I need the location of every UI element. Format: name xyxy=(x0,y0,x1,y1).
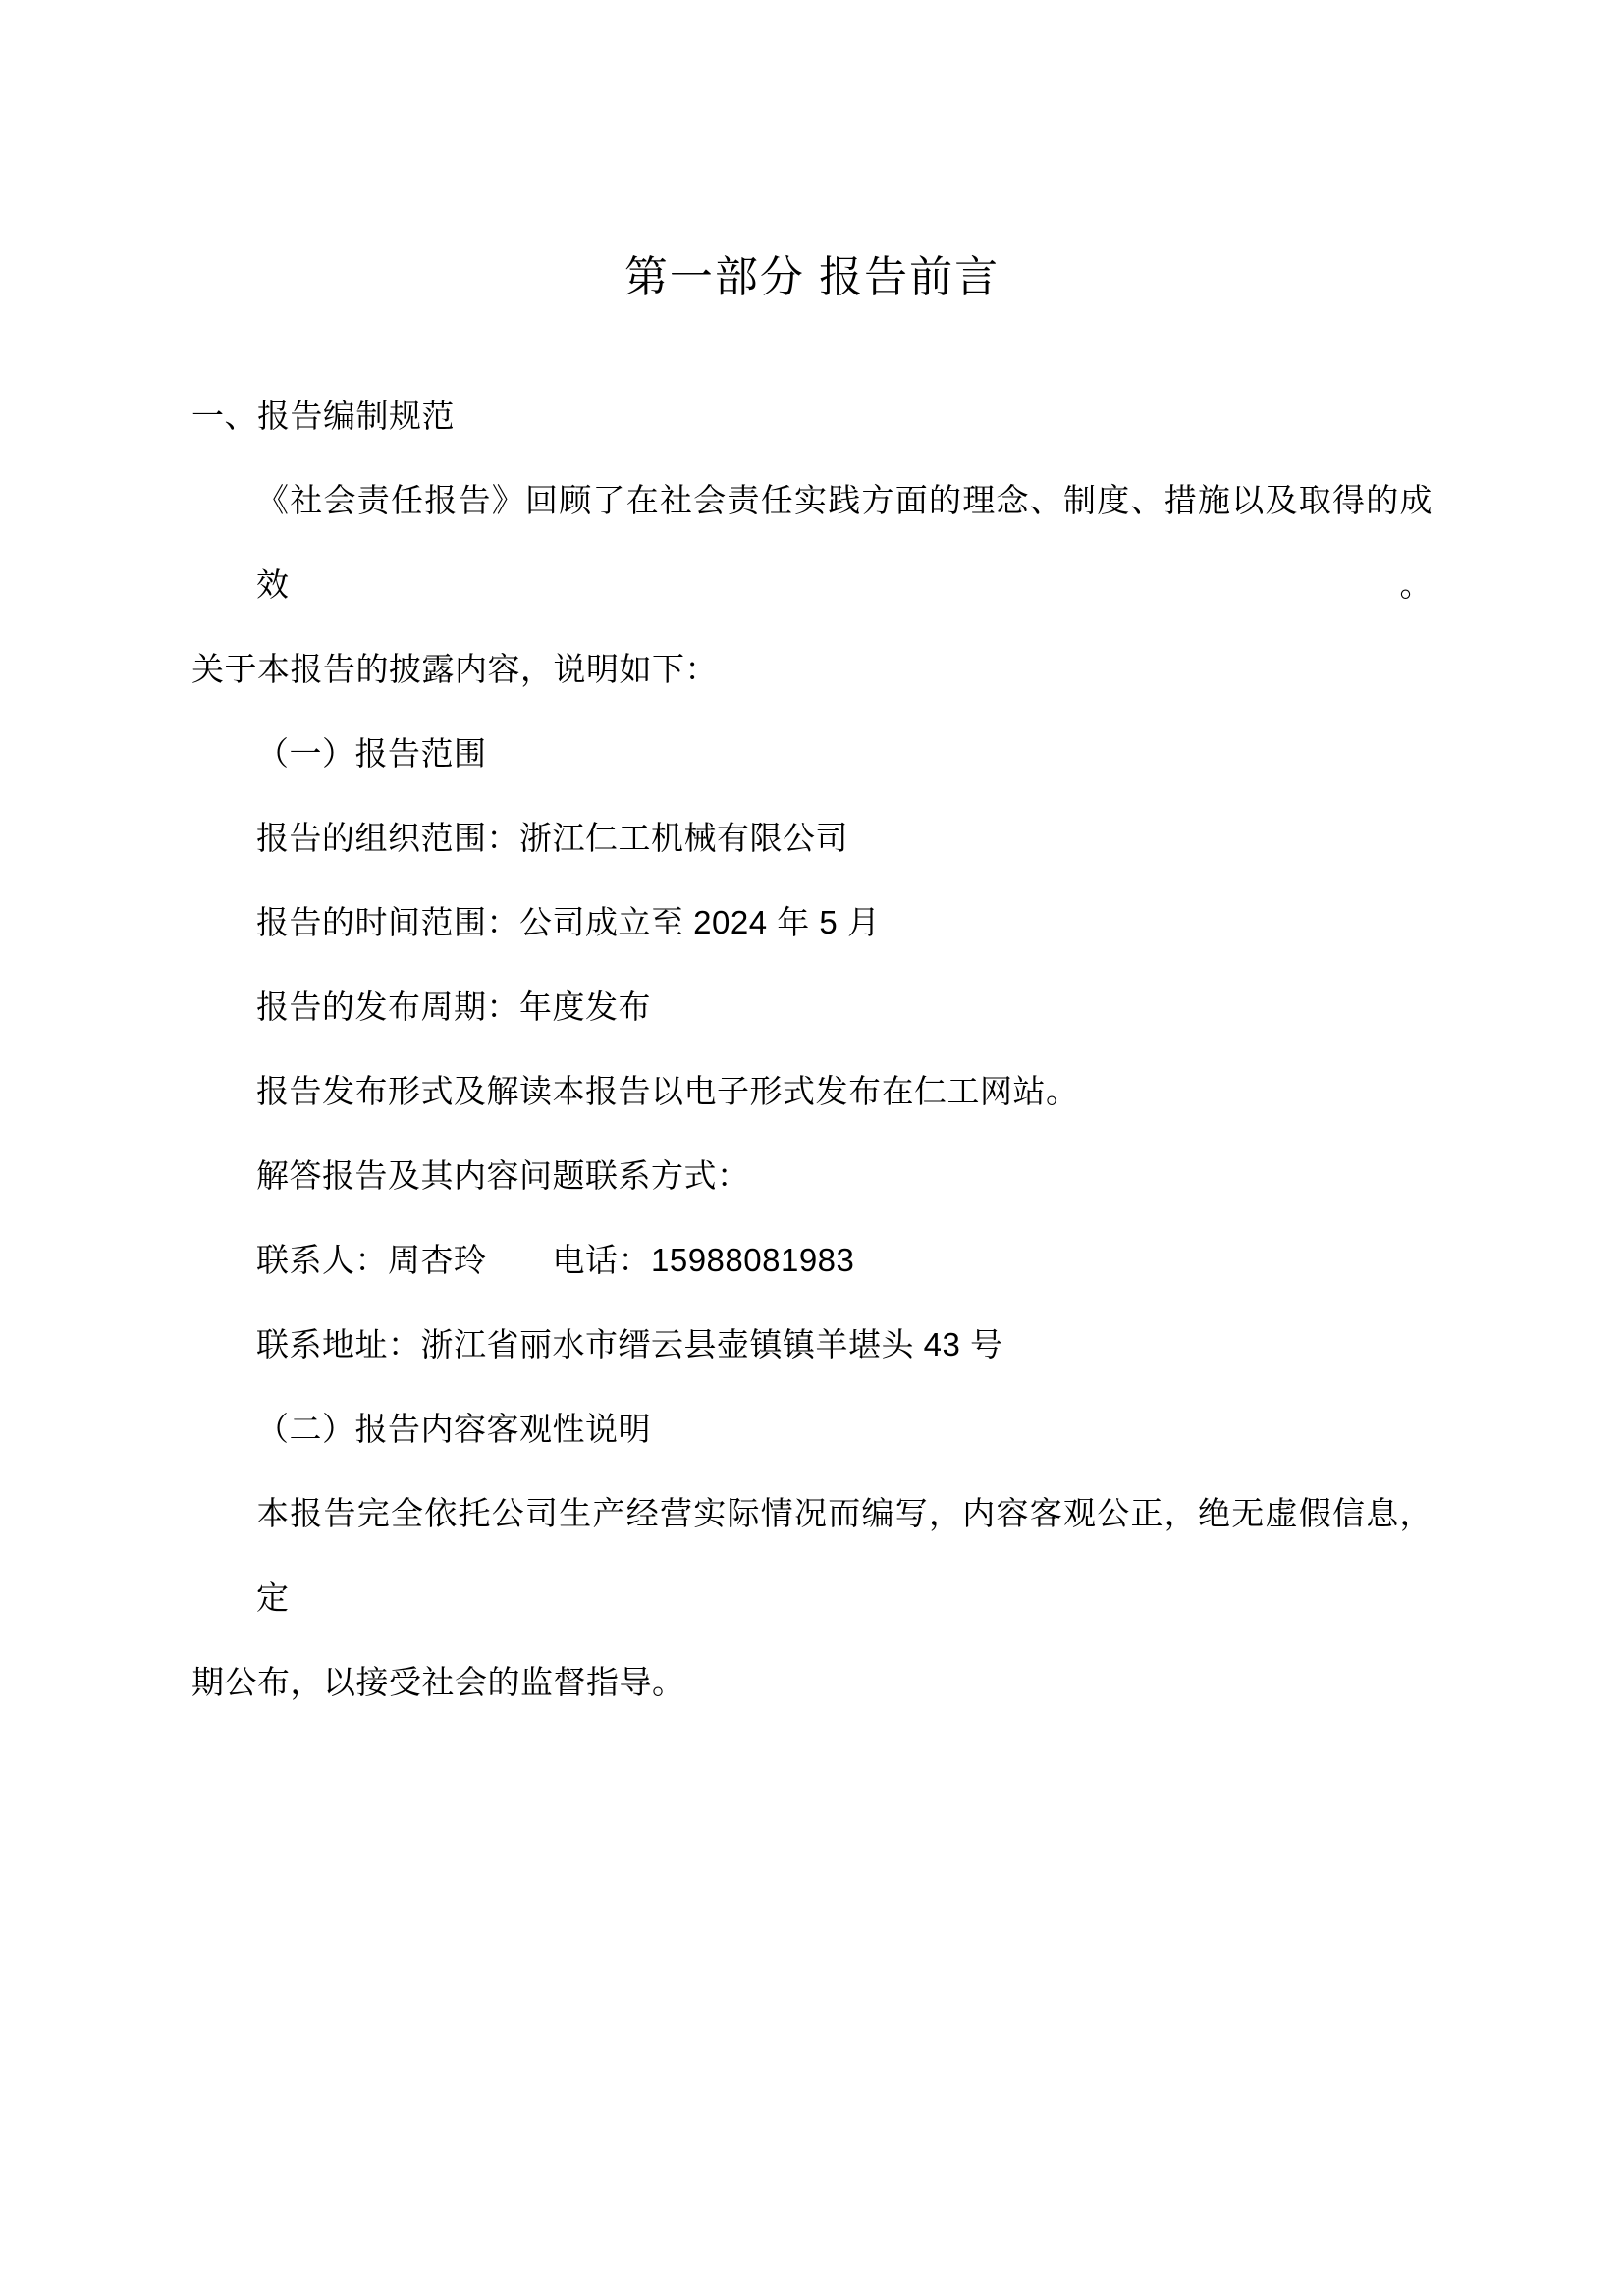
text-line: 联系地址：浙江省丽水市缙云县壶镇镇羊堪头 43 号 xyxy=(191,1303,1433,1387)
text-line: 关于本报告的披露内容，说明如下： xyxy=(191,627,1433,712)
text-line: 报告的组织范围：浙江仁工机械有限公司 xyxy=(191,796,1433,881)
text-line: 报告的时间范围：公司成立至 2024 年 5 月 xyxy=(191,881,1433,965)
document-body: 一、报告编制规范《社会责任报告》回顾了在社会责任实践方面的理念、制度、措施以及取… xyxy=(191,374,1433,1725)
document-page: 第一部分 报告前言 一、报告编制规范《社会责任报告》回顾了在社会责任实践方面的理… xyxy=(0,0,1624,2296)
text-line: 联系人：周杏玲 电话：15988081983 xyxy=(191,1218,1433,1303)
text-line: 《社会责任报告》回顾了在社会责任实践方面的理念、制度、措施以及取得的成效。 xyxy=(191,458,1433,627)
page-title: 第一部分 报告前言 xyxy=(191,0,1433,307)
text-line: 期公布，以接受社会的监督指导。 xyxy=(191,1640,1433,1725)
text-line: 一、报告编制规范 xyxy=(191,374,1433,458)
text-line: 本报告完全依托公司生产经营实际情况而编写，内容客观公正，绝无虚假信息，定 xyxy=(191,1471,1433,1640)
text-line: 报告的发布周期：年度发布 xyxy=(191,965,1433,1049)
text-line: 报告发布形式及解读本报告以电子形式发布在仁工网站。 xyxy=(191,1049,1433,1134)
text-line: （一）报告范围 xyxy=(191,712,1433,796)
text-line: （二）报告内容客观性说明 xyxy=(191,1387,1433,1471)
text-line: 解答报告及其内容问题联系方式： xyxy=(191,1134,1433,1218)
